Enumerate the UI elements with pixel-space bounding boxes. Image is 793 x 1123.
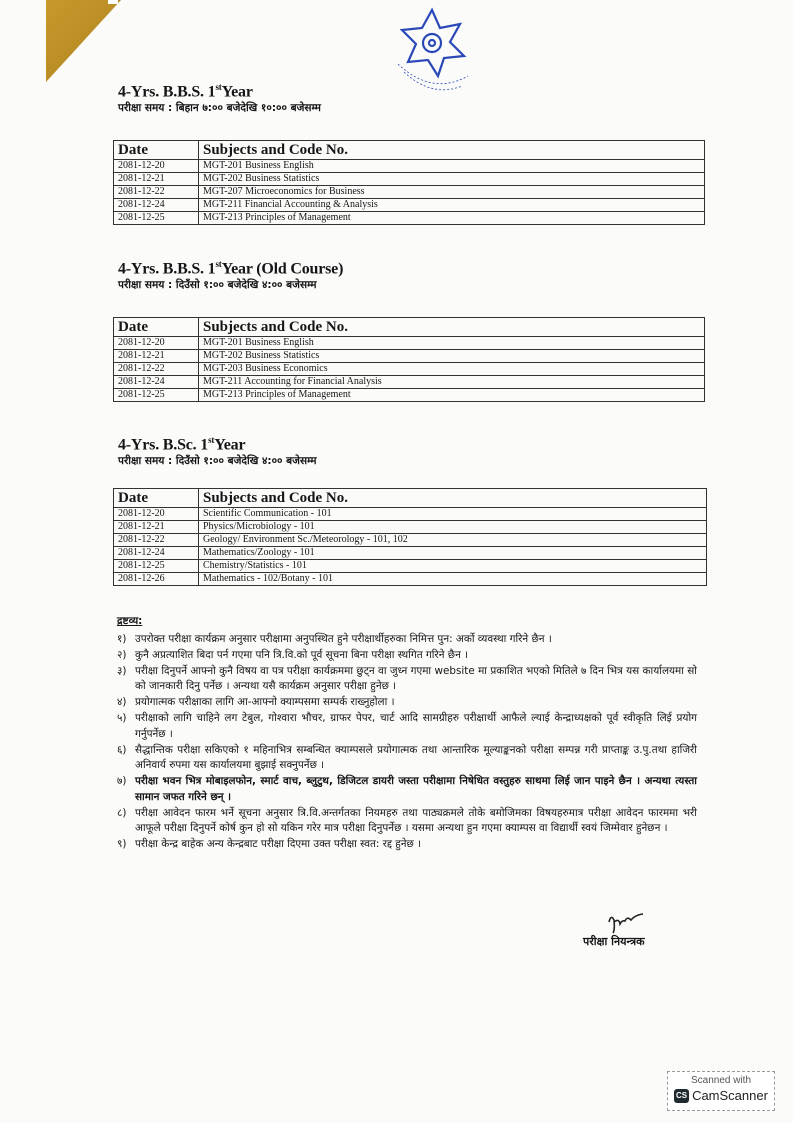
folded-page-corner [46, 0, 121, 82]
section-title-bbs-1st-year-old-course: 4-Yrs. B.B.S. 1stYear (Old Course) [118, 259, 343, 278]
note-number: ४) [117, 695, 135, 711]
note-item: ८)परीक्षा आवेदन फारम भर्ने सूचना अनुसार … [117, 806, 697, 837]
table-row: 2081-12-20Scientific Communication - 101 [114, 508, 707, 521]
note-item: ६)सैद्धान्तिक परीक्षा सकिएको १ महिनाभित्… [117, 743, 697, 774]
table-row: 2081-12-24Mathematics/Zoology - 101 [114, 547, 707, 560]
table-header-row: DateSubjects and Code No. [114, 489, 707, 508]
section-title-bsc-1st-year: 4-Yrs. B.Sc. 1stYear [118, 435, 245, 454]
exam-date: 2081-12-25 [114, 560, 199, 573]
exam-date: 2081-12-20 [114, 508, 199, 521]
note-number: ५) [117, 711, 135, 742]
notes-section: द्रष्टव्य: १)उपरोक्त परीक्षा कार्यक्रम अ… [117, 614, 697, 853]
exam-date: 2081-12-20 [114, 160, 199, 173]
exam-date: 2081-12-21 [114, 350, 199, 363]
schedule-table-bbs-1st-year: DateSubjects and Code No.2081-12-20MGT-2… [113, 140, 705, 225]
table-row: 2081-12-26Mathematics - 102/Botany - 101 [114, 573, 707, 586]
note-text: प्रयोगात्मक परीक्षाका लागि आ-आफ्नो क्याम… [135, 695, 697, 711]
note-text: परीक्षा आवेदन फारम भर्ने सूचना अनुसार त्… [135, 806, 697, 837]
column-header-date: Date [114, 318, 199, 337]
note-text: परीक्षा भवन भित्र मोबाइलफोन, स्मार्ट वाच… [135, 774, 697, 805]
note-item: ५)परीक्षाको लागि चाहिने लग टेबुल, गोश्वा… [117, 711, 697, 742]
exam-date: 2081-12-26 [114, 573, 199, 586]
camscanner-watermark: Scanned with CS CamScanner [667, 1071, 775, 1111]
subject-code: MGT-207 Microeconomics for Business [199, 186, 705, 199]
note-number: २) [117, 648, 135, 664]
table-row: 2081-12-25Chemistry/Statistics - 101 [114, 560, 707, 573]
subject-code: Chemistry/Statistics - 101 [199, 560, 707, 573]
table-row: 2081-12-24MGT-211 Accounting for Financi… [114, 376, 705, 389]
note-text: सैद्धान्तिक परीक्षा सकिएको १ महिनाभित्र … [135, 743, 697, 774]
subject-code: MGT-203 Business Economics [199, 363, 705, 376]
subject-code: Mathematics/Zoology - 101 [199, 547, 707, 560]
subject-code: Geology/ Environment Sc./Meteorology - 1… [199, 534, 707, 547]
notes-list: १)उपरोक्त परीक्षा कार्यक्रम अनुसार परीक्… [117, 632, 697, 853]
exam-date: 2081-12-20 [114, 337, 199, 350]
exam-date: 2081-12-22 [114, 534, 199, 547]
section-title-bbs-1st-year: 4-Yrs. B.B.S. 1stYear [118, 82, 253, 101]
subject-code: MGT-201 Business English [199, 160, 705, 173]
exam-date: 2081-12-22 [114, 363, 199, 376]
table-row: 2081-12-20MGT-201 Business English [114, 160, 705, 173]
university-star-emblem-icon [392, 6, 472, 96]
exam-date: 2081-12-24 [114, 547, 199, 560]
subject-code: Scientific Communication - 101 [199, 508, 707, 521]
note-number: ८) [117, 806, 135, 837]
subject-code: MGT-213 Principles of Management [199, 389, 705, 402]
schedule-table-bbs-old-course: DateSubjects and Code No.2081-12-20MGT-2… [113, 317, 705, 402]
exam-date: 2081-12-24 [114, 199, 199, 212]
note-number: ९) [117, 837, 135, 853]
exam-date: 2081-12-25 [114, 389, 199, 402]
column-header-subject: Subjects and Code No. [199, 141, 705, 160]
scanned-with-label: Scanned with [668, 1075, 774, 1086]
subject-code: MGT-213 Principles of Management [199, 212, 705, 225]
paper-tab [108, 0, 118, 4]
note-item: ९)परीक्षा केन्द्र बाहेक अन्य केन्द्रबाट … [117, 837, 697, 853]
subject-code: Physics/Microbiology - 101 [199, 521, 707, 534]
note-number: ३) [117, 664, 135, 695]
notes-heading: द्रष्टव्य: [117, 614, 697, 630]
note-item: २)कुनै अप्रत्याशित बिदा पर्न गएमा पनि त्… [117, 648, 697, 664]
camscanner-logo-icon: CS [674, 1089, 689, 1103]
note-number: ७) [117, 774, 135, 805]
note-text: परीक्षा केन्द्र बाहेक अन्य केन्द्रबाट पर… [135, 837, 697, 853]
subject-code: MGT-201 Business English [199, 337, 705, 350]
table-header-row: DateSubjects and Code No. [114, 141, 705, 160]
camscanner-brand: CamScanner [692, 1088, 768, 1103]
exam-date: 2081-12-21 [114, 521, 199, 534]
note-number: ६) [117, 743, 135, 774]
subject-code: MGT-202 Business Statistics [199, 173, 705, 186]
table-header-row: DateSubjects and Code No. [114, 318, 705, 337]
schedule-table-bsc-1st-year: DateSubjects and Code No.2081-12-20Scien… [113, 488, 707, 586]
table-row: 2081-12-24MGT-211 Financial Accounting &… [114, 199, 705, 212]
note-number: १) [117, 632, 135, 648]
note-item: ४)प्रयोगात्मक परीक्षाका लागि आ-आफ्नो क्य… [117, 695, 697, 711]
note-text: उपरोक्त परीक्षा कार्यक्रम अनुसार परीक्षा… [135, 632, 697, 648]
table-row: 2081-12-25MGT-213 Principles of Manageme… [114, 212, 705, 225]
signatory-title: परीक्षा नियन्त्रक [583, 934, 645, 949]
table-row: 2081-12-20MGT-201 Business English [114, 337, 705, 350]
column-header-date: Date [114, 141, 199, 160]
exam-time-bsc-1st-year: परीक्षा समय : दिउँसो १:०० बजेदेखि ४:०० ब… [118, 454, 316, 468]
subject-code: MGT-202 Business Statistics [199, 350, 705, 363]
exam-time-bbs-old-course: परीक्षा समय : दिउँसो १:०० बजेदेखि ४:०० ब… [118, 278, 316, 292]
note-item: ३)परीक्षा दिनुपर्ने आफ्नो कुनै विषय वा प… [117, 664, 697, 695]
note-item: १)उपरोक्त परीक्षा कार्यक्रम अनुसार परीक्… [117, 632, 697, 648]
exam-date: 2081-12-25 [114, 212, 199, 225]
note-text: परीक्षा दिनुपर्ने आफ्नो कुनै विषय वा पत्… [135, 664, 697, 695]
table-row: 2081-12-22MGT-203 Business Economics [114, 363, 705, 376]
subject-code: MGT-211 Financial Accounting & Analysis [199, 199, 705, 212]
subject-code: Mathematics - 102/Botany - 101 [199, 573, 707, 586]
exam-time-bbs-1st-year: परीक्षा समय : बिहान ७:०० बजेदेखि १०:०० ब… [118, 101, 321, 115]
note-text: परीक्षाको लागि चाहिने लग टेबुल, गोश्वारा… [135, 711, 697, 742]
table-row: 2081-12-22Geology/ Environment Sc./Meteo… [114, 534, 707, 547]
exam-date: 2081-12-21 [114, 173, 199, 186]
subject-code: MGT-211 Accounting for Financial Analysi… [199, 376, 705, 389]
note-text: कुनै अप्रत्याशित बिदा पर्न गएमा पनि त्रि… [135, 648, 697, 664]
exam-date: 2081-12-22 [114, 186, 199, 199]
exam-date: 2081-12-24 [114, 376, 199, 389]
table-row: 2081-12-22MGT-207 Microeconomics for Bus… [114, 186, 705, 199]
table-row: 2081-12-21Physics/Microbiology - 101 [114, 521, 707, 534]
table-row: 2081-12-21MGT-202 Business Statistics [114, 350, 705, 363]
column-header-subject: Subjects and Code No. [199, 318, 705, 337]
table-row: 2081-12-21MGT-202 Business Statistics [114, 173, 705, 186]
column-header-date: Date [114, 489, 199, 508]
note-item: ७)परीक्षा भवन भित्र मोबाइलफोन, स्मार्ट व… [117, 774, 697, 805]
column-header-subject: Subjects and Code No. [199, 489, 707, 508]
table-row: 2081-12-25MGT-213 Principles of Manageme… [114, 389, 705, 402]
handwritten-signature-icon [605, 912, 645, 934]
